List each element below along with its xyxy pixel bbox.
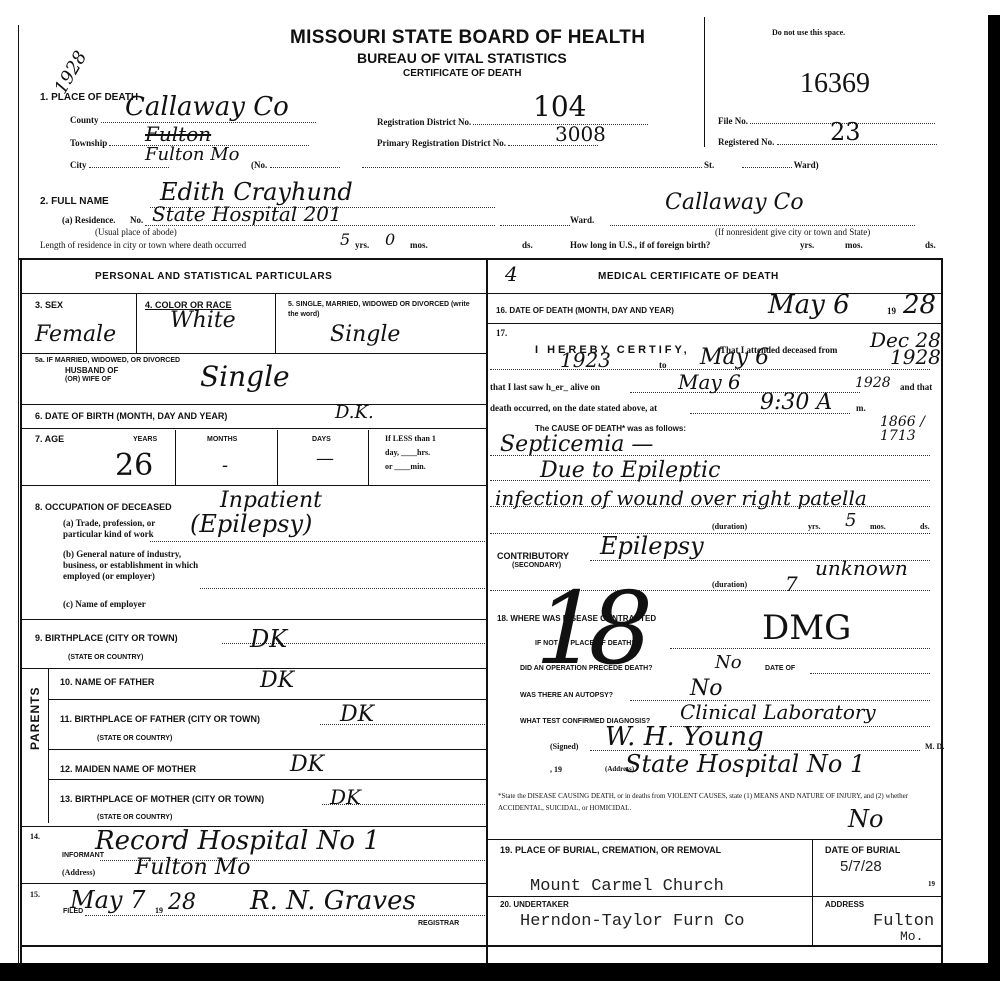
header-board: MISSOURI STATE BOARD OF HEALTH xyxy=(290,27,645,49)
occupation-c-label: (c) Name of employer xyxy=(63,599,146,609)
burial-value: Mount Carmel Church xyxy=(530,877,724,896)
contrib-extra: unknown xyxy=(815,556,908,580)
less-label-3: or ____min. xyxy=(385,462,426,471)
duration-ds-label: ds. xyxy=(920,522,930,531)
center-divider xyxy=(486,258,488,963)
operation-label: DID AN OPERATION PRECEDE DEATH? xyxy=(520,665,653,672)
medical-section-title: MEDICAL CERTIFICATE OF DEATH xyxy=(598,271,779,282)
header-bureau: BUREAU OF VITAL STATISTICS xyxy=(357,50,567,66)
place-of-death-label: 1. PLACE OF DEATH xyxy=(40,92,138,103)
informant-value: Record Hospital No 1 xyxy=(95,826,380,856)
rule xyxy=(48,749,486,750)
burial-date-value: 5/7/28 xyxy=(840,858,882,875)
length-years-value: 5 xyxy=(340,230,350,249)
undertaker-address-state: Mo. xyxy=(900,929,923,944)
nonresident-line xyxy=(610,225,915,226)
contrib-duration-value: 7 xyxy=(785,572,798,596)
filed-year-prefix: 19 xyxy=(155,906,163,915)
rule xyxy=(175,430,176,485)
occupation-a-value: (Epilepsy) xyxy=(190,510,312,538)
dod-year-prefix: 19 xyxy=(887,306,896,316)
informant-address-label: (Address) xyxy=(62,868,95,877)
contributory-label: CONTRIBUTORY xyxy=(497,551,569,561)
undertaker-value: Herndon-Taylor Furn Co xyxy=(520,912,744,931)
spouse-label-1: 5a. IF MARRIED, WIDOWED, OR DIVORCED xyxy=(35,357,180,364)
ward-label: Ward) xyxy=(794,160,819,170)
rule xyxy=(275,293,276,353)
reg-district-label: Registration District No. xyxy=(377,117,471,127)
sex-value: Female xyxy=(35,322,116,347)
rule xyxy=(20,945,943,947)
scan-border-bottom xyxy=(0,963,1000,981)
us-yrs-label: yrs. xyxy=(800,240,814,250)
signed-label: (Signed) xyxy=(550,742,578,751)
item-17: 17. xyxy=(496,328,507,338)
residence-no-label: No. xyxy=(130,215,143,225)
rule xyxy=(48,699,486,700)
us-ds-label: ds. xyxy=(925,240,936,250)
occupation-b-line xyxy=(200,588,485,589)
rule xyxy=(486,896,941,897)
right-divider xyxy=(941,258,943,963)
rule xyxy=(486,323,941,324)
dob-label: 6. DATE OF BIRTH (MONTH, DAY AND YEAR) xyxy=(35,411,227,421)
margin-year: 1928 xyxy=(50,47,91,97)
marital-label: 5. SINGLE, MARRIED, WIDOWED OR DIVORCED … xyxy=(288,300,478,320)
occupation-b-label: (b) General nature of industry, business… xyxy=(63,549,213,582)
spouse-value: Single xyxy=(200,360,290,393)
usual-place-note: (Usual place of abode) xyxy=(95,227,177,237)
main-top-rule xyxy=(18,258,943,260)
where-label: 18. WHERE WAS DISEASE CONTRACTED xyxy=(497,614,656,623)
rule xyxy=(20,668,486,669)
ward-label-2: Ward. xyxy=(570,215,594,225)
length-yrs-label: yrs. xyxy=(355,240,369,250)
father-birth-label: 11. BIRTHPLACE OF FATHER (CITY OR TOWN) xyxy=(60,714,260,724)
cause-line1: Septicemia — xyxy=(500,432,653,457)
registrar-value: R. N. Graves xyxy=(250,886,416,916)
rule xyxy=(20,293,486,294)
contrib-duration-label: (duration) xyxy=(712,580,747,589)
length-ds-label: ds. xyxy=(522,240,533,250)
sex-label: 3. SEX xyxy=(35,300,63,310)
left-divider xyxy=(20,258,22,963)
street-no-label: (No. xyxy=(251,160,267,170)
county-value: Callaway Co xyxy=(125,92,289,122)
operation-value: No xyxy=(715,652,742,673)
undertaker-address-label: ADDRESS xyxy=(825,900,864,909)
occupation-a-label: (a) Trade, profession, or particular kin… xyxy=(63,518,193,540)
filed-number: 15. xyxy=(30,890,40,899)
nonresident-value: Callaway Co xyxy=(665,190,804,215)
autopsy-value: No xyxy=(690,676,723,701)
father-birth-value: DK xyxy=(340,702,374,727)
duration-line xyxy=(490,533,930,534)
personal-section-title: PERSONAL AND STATISTICAL PARTICULARS xyxy=(95,271,332,282)
scan-border-right xyxy=(988,15,1000,965)
attended-to: May 6 xyxy=(700,345,769,370)
file-no-label: File No. xyxy=(718,116,748,126)
last-saw-label: that I last saw h_er_ alive on xyxy=(490,382,600,392)
signed-date-19: , 19 xyxy=(550,765,562,774)
occupation-label: 8. OCCUPATION OF DECEASED xyxy=(35,502,172,512)
occurred-label: death occurred, on the date stated above… xyxy=(490,403,657,413)
where-label-2: IF NOT AT PLACE OF DEATH? xyxy=(535,640,636,647)
rule xyxy=(486,839,941,840)
full-name-label: 2. FULL NAME xyxy=(40,196,109,207)
do-not-use-note: Do not use this space. xyxy=(772,28,845,37)
rule xyxy=(368,430,369,485)
registered-no-label: Registered No. xyxy=(718,137,774,147)
header-divider xyxy=(704,17,705,147)
last-saw-year: 1928 xyxy=(855,375,891,391)
city-value: Fulton Mo xyxy=(145,144,240,165)
street-label: St. xyxy=(704,160,714,170)
city-label: City xyxy=(70,160,87,170)
signed-value: W. H. Young xyxy=(605,722,764,752)
header-certificate: CERTIFICATE OF DEATH xyxy=(403,68,522,79)
mother-birth-label: 13. BIRTHPLACE OF MOTHER (CITY OR TOWN) xyxy=(60,794,264,804)
certificate-number: 16369 xyxy=(800,68,870,100)
reg-district-field: Registration District No. xyxy=(377,117,648,127)
age-days-label: DAYS xyxy=(312,436,331,443)
us-residence-label: How long in U.S., if of foreign birth? xyxy=(570,240,710,250)
mother-value: DK xyxy=(290,752,324,777)
occupation-a-line xyxy=(150,541,485,542)
medical-mark: 4 xyxy=(505,262,518,286)
duration-mos-label: mos. xyxy=(870,522,886,531)
cause-line3: infection of wound over right patella xyxy=(495,486,867,510)
duration-yrs-label: yrs. xyxy=(808,522,821,531)
burial-date-19: 19 xyxy=(928,880,935,888)
mother-birth-state-label: (STATE OR COUNTRY) xyxy=(97,814,172,821)
less-label-1: If LESS than 1 xyxy=(385,434,436,443)
father-birth-state-label: (STATE OR COUNTRY) xyxy=(97,735,172,742)
spouse-label-2: HUSBAND OF xyxy=(65,366,118,375)
length-residence-label: Length of residence in city or town wher… xyxy=(40,240,246,250)
length-mos-label: mos. xyxy=(410,240,428,250)
marital-value: Single xyxy=(330,322,400,347)
residence-label: (a) Residence. xyxy=(62,215,116,225)
date-of-line xyxy=(810,673,930,674)
mother-birth-value: DK xyxy=(330,785,361,809)
rule xyxy=(48,779,486,780)
attended-from-year: 1923 xyxy=(560,348,611,372)
father-value: DK xyxy=(260,668,294,693)
date-of-label: DATE OF xyxy=(765,665,795,672)
footnote-value: No xyxy=(848,805,883,833)
rule xyxy=(20,404,486,405)
physician-address-value: State Hospital No 1 xyxy=(625,750,865,778)
father-label: 10. NAME OF FATHER xyxy=(60,677,154,687)
rule xyxy=(812,839,813,945)
length-months-value: 0 xyxy=(385,230,395,249)
rule xyxy=(486,293,941,294)
age-months-label: MONTHS xyxy=(207,436,237,443)
parents-label: PARENTS xyxy=(28,687,42,750)
rule xyxy=(20,428,486,429)
filed-date: May 7 xyxy=(70,886,145,914)
burial-label: 19. PLACE OF BURIAL, CREMATION, OR REMOV… xyxy=(500,845,721,855)
ward-line xyxy=(500,225,570,226)
rule xyxy=(20,883,486,884)
informant-number: 14. xyxy=(30,832,40,841)
rule xyxy=(20,485,486,486)
dob-value: D.K. xyxy=(335,402,374,423)
attended-to-year: 1928 xyxy=(890,345,941,369)
residence-value: State Hospital 201 xyxy=(152,202,342,226)
undertaker-label: 20. UNDERTAKER xyxy=(500,900,569,909)
birthplace-label: 9. BIRTHPLACE (CITY OR TOWN) xyxy=(35,633,178,643)
dod-value: May 6 xyxy=(768,290,850,320)
nonresident-note: (If nonresident give city or town and St… xyxy=(715,227,870,237)
birthplace-value: DK xyxy=(250,625,287,653)
dod-label: 16. DATE OF DEATH (MONTH, DAY AND YEAR) xyxy=(496,306,674,315)
duration-label: (duration) xyxy=(712,522,747,531)
rule xyxy=(48,668,49,823)
reg-district-value: 104 xyxy=(533,90,586,123)
race-value: White xyxy=(170,308,236,333)
birthplace-state-label: (STATE OR COUNTRY) xyxy=(68,654,143,661)
burial-date-label: DATE OF BURIAL xyxy=(825,845,900,855)
primary-reg-value: 3008 xyxy=(555,122,606,146)
county-label: County xyxy=(70,115,99,125)
where-line xyxy=(670,648,930,649)
age-days-value: — xyxy=(316,448,334,469)
left-margin-line xyxy=(18,25,19,965)
less-label-2: day, ____hrs. xyxy=(385,448,430,457)
us-mos-label: mos. xyxy=(845,240,863,250)
time-value: 9:30 A xyxy=(760,390,832,415)
mother-label: 12. MAIDEN NAME OF MOTHER xyxy=(60,764,196,774)
autopsy-label: WAS THERE AN AUTOPSY? xyxy=(520,692,613,699)
md-label: M. D. xyxy=(925,742,944,751)
time-m: m. xyxy=(856,403,866,413)
contributory-value: Epilepsy xyxy=(600,532,704,560)
township-value: Fulton xyxy=(145,122,211,146)
margin-codes: 1866 / 1713 xyxy=(880,415,940,443)
primary-reg-label: Primary Registration District No. xyxy=(377,138,506,148)
rule xyxy=(20,619,486,620)
duration-mos-value: 5 xyxy=(845,510,856,531)
certify-label: I HEREBY CERTIFY, xyxy=(535,344,690,356)
rule xyxy=(136,293,137,353)
age-label: 7. AGE xyxy=(35,434,64,444)
filed-year: 28 xyxy=(168,890,196,915)
registrar-label: REGISTRAR xyxy=(418,920,459,927)
file-no-field: File No. xyxy=(718,116,935,126)
rule xyxy=(20,353,486,354)
last-saw-value: May 6 xyxy=(678,370,741,394)
informant-address-value: Fulton Mo xyxy=(135,855,251,880)
age-years-value: 26 xyxy=(115,448,153,483)
spouse-label-3: (OR) WIFE OF xyxy=(65,376,111,383)
cause-line2: Due to Epileptic xyxy=(540,458,720,483)
township-label: Township xyxy=(70,138,107,148)
dod-year: 28 xyxy=(903,290,936,320)
age-years-label: YEARS xyxy=(133,436,157,443)
registered-no-field: Registered No. xyxy=(718,137,937,147)
and-that: and that xyxy=(900,382,932,392)
test-value: Clinical Laboratory xyxy=(680,700,876,724)
registered-no-value: 23 xyxy=(830,118,861,146)
rule xyxy=(277,430,278,485)
attended-to-label: to xyxy=(659,360,667,370)
secondary-label: (SECONDARY) xyxy=(512,562,561,569)
age-months-value: - xyxy=(222,455,228,476)
where-value: DMG xyxy=(762,608,851,648)
